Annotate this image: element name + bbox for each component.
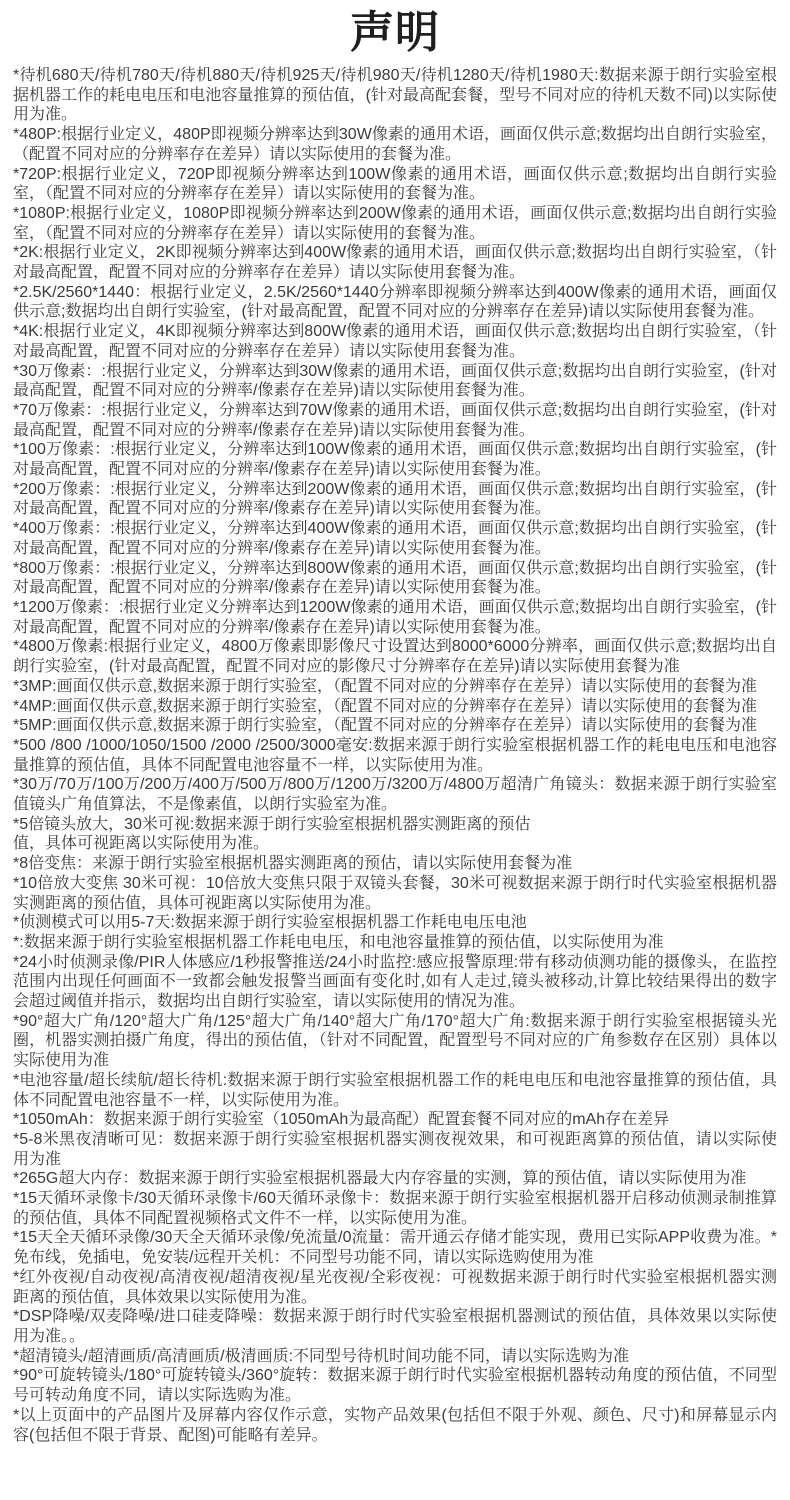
disclaimer-item: *24小时侦测录像/PIR人体感应/1秒报警推送/24小时监控:感应报警原理:带… — [13, 953, 777, 1012]
disclaimer-item: *5倍镜头放大，30米可视:数据来源于朗行实验室根据机器实测距离的预估 值，具体… — [13, 815, 777, 854]
disclaimer-item: *5MP:画面仅供示意,数据来源于朗行实验室，（配置不同对应的分辨率存在差异）请… — [13, 716, 777, 736]
disclaimer-item: *70万像素：:根据行业定义，分辨率达到70W像素的通用术语，画面仅供示意;数据… — [13, 401, 777, 440]
disclaimer-item: *3MP:画面仅供示意,数据来源于朗行实验室，（配置不同对应的分辨率存在差异）请… — [13, 677, 777, 697]
disclaimer-item: *5-8米黑夜清晰可见：数据来源于朗行实验室根据机器实测夜视效果，和可视距离算的… — [13, 1130, 777, 1169]
disclaimer-item: *100万像素：:根据行业定义，分辨率达到100W像素的通用术语，画面仅供示意;… — [13, 440, 777, 479]
page-title: 声明 — [0, 0, 790, 60]
disclaimer-item: *电池容量/超长续航/超长待机:数据来源于朗行实验室根据机器工作的耗电电压和电池… — [13, 1071, 777, 1110]
disclaimer-item: *1200万像素：:根据行业定义分辨率达到1200W像素的通用术语，画面仅供示意… — [13, 598, 777, 637]
disclaimer-item: *待机680天/待机780天/待机880天/待机925天/待机980天/待机12… — [13, 66, 777, 125]
disclaimer-item: *2K:根据行业定义，2K即视频分辨率达到400W像素的通用术语，画面仅供示意;… — [13, 243, 777, 282]
disclaimer-item: *720P:根据行业定义，720P即视频分辨率达到100W像素的通用术语，画面仅… — [13, 165, 777, 204]
disclaimer-item: *480P:根据行业定义，480P即视频分辨率达到30W像素的通用术语，画面仅供… — [13, 125, 777, 164]
disclaimer-item: *30万/70万/100万/200万/400万/500万/800万/1200万/… — [13, 775, 777, 814]
disclaimer-item: *红外夜视/自动夜视/高清夜视/超清夜视/星光夜视/全彩夜视：可视数据来源于朗行… — [13, 1268, 777, 1307]
disclaimer-item: *以上页面中的产品图片及屏幕内容仅作示意，实物产品效果(包括但不限于外观、颜色、… — [13, 1406, 777, 1445]
disclaimer-item: *265G超大内存：数据来源于朗行实验室根据机器最大内存容量的实测，算的预估值，… — [13, 1169, 777, 1189]
disclaimer-list: *待机680天/待机780天/待机880天/待机925天/待机980天/待机12… — [0, 60, 790, 1455]
disclaimer-item: *4800万像素:根据行业定义，4800万像素即影像尺寸设置达到8000*600… — [13, 637, 777, 676]
disclaimer-item: *:数据来源于朗行实验室根据机器工作耗电电压，和电池容量推算的预估值，以实际使用… — [13, 933, 777, 953]
disclaimer-item: *8倍变焦：来源于朗行实验室根据机器实测距离的预估，请以实际使用套餐为准 — [13, 854, 777, 874]
disclaimer-item: *侦测模式可以用5-7天:数据来源于朗行实验室根据机器工作耗电电压电池 — [13, 913, 777, 933]
disclaimer-item: *90°可旋转镜头/180°可旋转镜头/360°旋转：数据来源于朗行时代实验室根… — [13, 1366, 777, 1405]
disclaimer-item: *15天循环录像卡/30天循环录像卡/60天循环录像卡：数据来源于朗行实验室根据… — [13, 1189, 777, 1228]
disclaimer-item: *90°超大广角/120°超大广角/125°超大广角/140°超大广角/170°… — [13, 1012, 777, 1071]
disclaimer-item: *DSP降噪/双麦降噪/进口硅麦降噪：数据来源于朗行时代实验室根据机器测试的预估… — [13, 1307, 777, 1346]
disclaimer-item: *1080P:根据行业定义，1080P即视频分辨率达到200W像素的通用术语，画… — [13, 204, 777, 243]
disclaimer-item: *15天全天循环录像/30天全天循环录像/免流量/0流量：需开通云存储才能实现，… — [13, 1228, 777, 1267]
disclaimer-item: *400万像素：:根据行业定义，分辨率达到400W像素的通用术语，画面仅供示意;… — [13, 519, 777, 558]
disclaimer-item: *10倍放大变焦 30米可视：10倍放大变焦只限于双镜头套餐，30米可视数据来源… — [13, 874, 777, 913]
disclaimer-item: *500 /800 /1000/1050/1500 /2000 /2500/30… — [13, 736, 777, 775]
disclaimer-item: *2.5K/2560*1440：根据行业定义，2.5K/2560*1440分辨率… — [13, 283, 777, 322]
disclaimer-item: *4MP:画面仅供示意,数据来源于朗行实验室，（配置不同对应的分辨率存在差异）请… — [13, 697, 777, 717]
disclaimer-item: *1050mAh：数据来源于朗行实验室（1050mAh为最高配）配置套餐不同对应… — [13, 1110, 777, 1130]
disclaimer-item: *200万像素：:根据行业定义，分辨率达到200W像素的通用术语，画面仅供示意;… — [13, 480, 777, 519]
disclaimer-item: *4K:根据行业定义，4K即视频分辨率达到800W像素的通用术语，画面仅供示意;… — [13, 322, 777, 361]
disclaimer-item: *30万像素：:根据行业定义，分辨率达到30W像素的通用术语，画面仅供示意;数据… — [13, 362, 777, 401]
disclaimer-item: *超清镜头/超清画质/高清画质/极清画质:不同型号待机时间功能不同，请以实际选购… — [13, 1347, 777, 1367]
disclaimer-page: 声明 *待机680天/待机780天/待机880天/待机925天/待机980天/待… — [0, 0, 790, 1500]
disclaimer-item: *800万像素：:根据行业定义，分辨率达到800W像素的通用术语，画面仅供示意;… — [13, 559, 777, 598]
